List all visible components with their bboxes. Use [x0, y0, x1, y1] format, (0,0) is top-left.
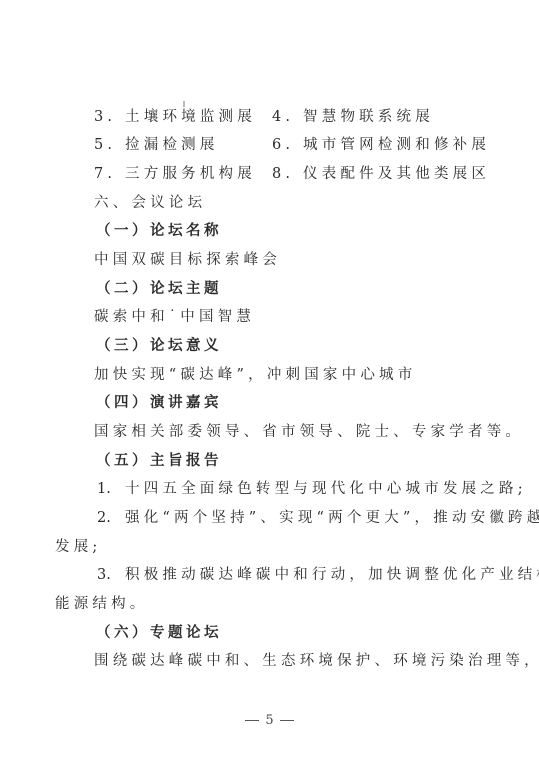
- special-forums-text: 围绕碳达峰碳中和、生态环境保护、环境污染治理等，设置: [94, 651, 539, 671]
- report-item-2-continuation: 发展;: [55, 537, 102, 557]
- exhibition-item-5: 5. 捡漏检测展: [94, 135, 219, 155]
- section-title-conference-forum: 六、会议论坛: [94, 193, 206, 213]
- exhibition-item-6: 6. 城市管网检测和修补展: [272, 135, 490, 155]
- page-number-dash-right: [280, 720, 294, 721]
- keynote-guests-text: 国家相关部委领导、省市领导、院士、专家学者等。: [94, 422, 524, 442]
- report-item-text: 十四五全面绿色转型与现代化中心城市发展之路;: [125, 481, 527, 497]
- report-item-text: 强化“两个坚持”、实现“两个更大”，推动安徽跨越式: [125, 510, 539, 526]
- report-item-3-continuation: 能源结构。: [55, 594, 149, 614]
- heading-keynote-reports: （五）主旨报告: [96, 451, 222, 471]
- exhibition-item-4: 4. 智慧物联系统展: [272, 107, 434, 127]
- report-item-text: 积极推动碳达峰碳中和行动，加快调整优化产业结构与: [125, 567, 539, 583]
- heading-forum-theme: （二）论坛主题: [96, 279, 222, 299]
- page-number-value: 5: [265, 713, 273, 728]
- page-number-dash-left: [245, 720, 259, 721]
- heading-forum-name: （一）论坛名称: [96, 221, 222, 241]
- forum-name-text: 中国双碳目标探索峰会: [94, 250, 281, 270]
- report-item-2: 2.强化“两个坚持”、实现“两个更大”，推动安徽跨越式: [97, 508, 539, 528]
- exhibition-item-3: 3. 土壤环境监测展: [94, 107, 256, 127]
- page-number: 5: [0, 713, 539, 729]
- report-item-number: 2.: [97, 508, 125, 528]
- document-page: 3. 土壤环境监测展 4. 智慧物联系统展 5. 捡漏检测展 6. 城市管网检测…: [0, 0, 539, 764]
- forum-significance-text: 加快实现“碳达峰”，冲刺国家中心城市: [94, 365, 416, 385]
- report-item-number: 1.: [97, 479, 125, 499]
- report-item-number: 3.: [97, 565, 125, 585]
- heading-forum-significance: （三）论坛意义: [96, 336, 222, 356]
- exhibition-item-7: 7. 三方服务机构展: [94, 164, 256, 184]
- heading-keynote-guests: （四）演讲嘉宾: [96, 393, 222, 413]
- heading-special-forums: （六）专题论坛: [96, 623, 222, 643]
- report-item-3: 3.积极推动碳达峰碳中和行动，加快调整优化产业结构与: [97, 565, 539, 585]
- exhibition-item-8: 8. 仪表配件及其他类展区: [272, 164, 490, 184]
- report-item-1: 1.十四五全面绿色转型与现代化中心城市发展之路;: [97, 479, 527, 499]
- forum-theme-text: 碳索中和˙中国智慧: [94, 307, 255, 327]
